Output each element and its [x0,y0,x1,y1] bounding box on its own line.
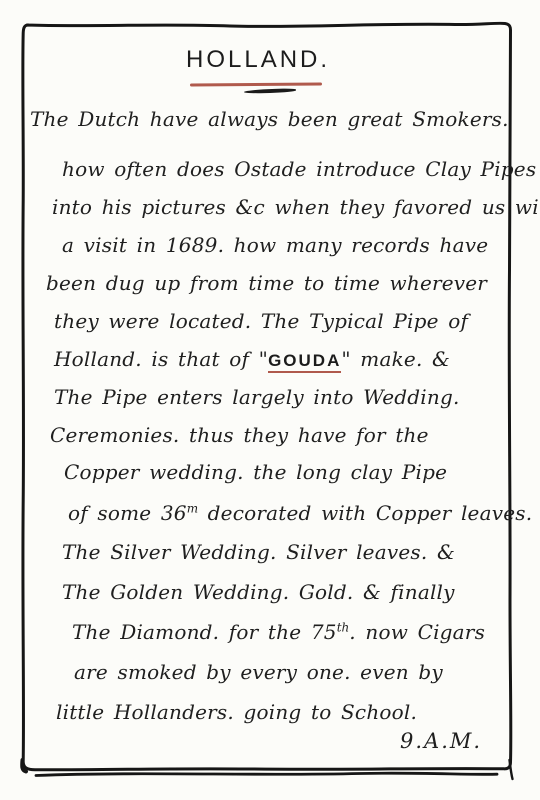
text-line: The Diamond. for the 75th. now Cigars [72,620,485,644]
line-segment: Holland. is that of " [54,347,268,371]
line-segment: . now Cigars [349,620,485,644]
line-segment: of some 36 [68,501,187,525]
page-title: HOLLAND. [186,46,330,74]
text-line: The Golden Wedding. Gold. & finally [62,580,455,604]
text-line: little Hollanders. going to School. [56,700,417,724]
text-line: of some 36m decorated with Copper leaves… [68,501,532,525]
text-line: into his pictures &c when they favored u… [52,195,540,219]
text-line: how often does Ostade introduce Clay Pip… [62,157,536,181]
text-line: Copper wedding. the long clay Pipe [64,460,447,484]
text-line: The Silver Wedding. Silver leaves. & [62,540,455,564]
signature: 9.A.M. [400,729,482,753]
superscript: th [337,620,350,634]
text-line: The Pipe enters largely into Wedding. [54,385,460,409]
gouda-highlight: GOUDA [268,351,341,373]
text-line: a visit in 1689. how many records have [62,233,488,257]
document-page: HOLLAND. The Dutch have always been grea… [0,0,540,800]
text-line: been dug up from time to time wherever [46,271,487,295]
superscript: m [187,501,198,515]
line-segment: decorated with Copper leaves. [198,501,532,525]
text-line: Ceremonies. thus they have for the [50,423,429,447]
text-line: are smoked by every one. even by [74,660,443,684]
line-segment: The Diamond. for the 75 [72,620,337,644]
text-line: they were located. The Typical Pipe of [54,309,468,333]
line-segment: " make. & [341,347,450,371]
text-line: The Dutch have always been great Smokers… [30,107,509,131]
text-line: Holland. is that of "GOUDA" make. & [54,347,450,371]
